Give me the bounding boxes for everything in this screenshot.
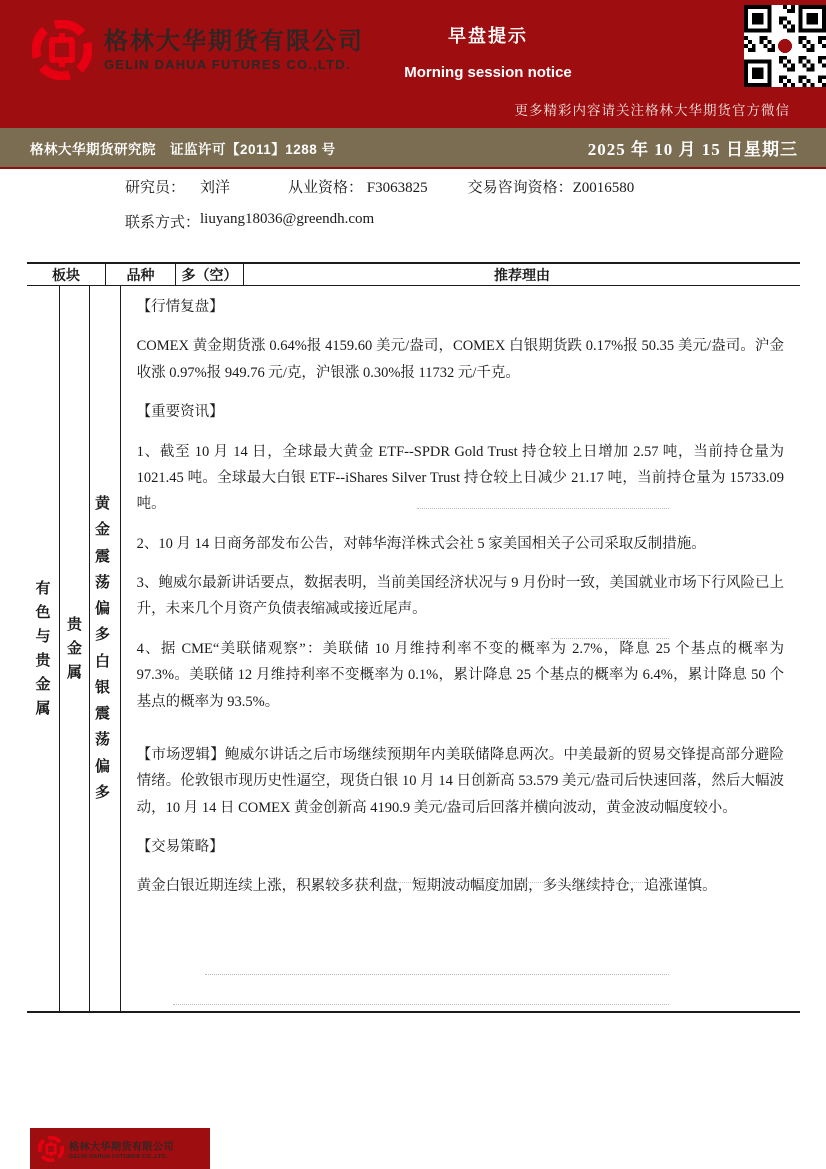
header-variety: 品种 — [105, 264, 175, 285]
footer-logo-icon — [38, 1136, 64, 1162]
header-sector: 板块 — [27, 264, 105, 285]
researcher-name: 研究员： 刘洋 — [125, 176, 230, 197]
license-date-bar: 格林大华期货研究院 证监许可【2011】1288 号 2025 年 10 月 1… — [0, 128, 826, 169]
position-item: 黄金震荡偏多 — [95, 491, 115, 649]
title-en: Morning session notice — [398, 64, 578, 81]
position-item: 白银震荡偏多 — [95, 649, 115, 807]
recommendation-table: 板块 品种 多（空） 推荐理由 有色与贵金属 贵金属 黄金震荡偏多白银震荡偏多 … — [27, 262, 800, 1013]
header-reason: 推荐理由 — [243, 264, 800, 285]
dotted-separator — [551, 638, 669, 639]
reason-paragraph: 3、鲍威尔最新讲话要点，数据表明，当前美国经济状况与 9 月份时一致，美国就业市… — [137, 570, 784, 623]
company-logo: 格林大华期货有限公司 GELIN DAHUA FUTURES CO.,LTD. — [32, 20, 364, 80]
reason-cell: 【行情复盘】COMEX 黄金期货涨 0.64%报 4159.60 美元/盎司，C… — [120, 286, 800, 1011]
contact-line: 联系方式： liuyang18036@greendh.com — [125, 211, 634, 232]
wechat-qr-code-icon — [744, 5, 826, 87]
practice-qualification: 从业资格： F3063825 — [288, 176, 428, 197]
researcher-info: 研究员： 刘洋 从业资格： F3063825 交易咨询资格：Z0016580 联… — [125, 176, 634, 232]
researcher-line: 研究员： 刘洋 从业资格： F3063825 交易咨询资格：Z0016580 — [125, 176, 634, 197]
reason-paragraph: 黄金白银近期连续上涨，积累较多获利盘，短期波动幅度加剧，多头继续持仓，追涨谨慎。 — [137, 873, 784, 899]
top-banner: 格林大华期货有限公司 GELIN DAHUA FUTURES CO.,LTD. … — [0, 0, 826, 128]
company-name-en: GELIN DAHUA FUTURES CO.,LTD. — [104, 57, 364, 72]
dotted-separator — [205, 974, 669, 975]
reason-paragraph: 【市场逻辑】鲍威尔讲话之后市场继续预期年内美联储降息两次。中美最新的贸易交锋提高… — [137, 742, 784, 821]
table-header-row: 板块 品种 多（空） 推荐理由 — [27, 264, 800, 286]
footer-company-cn: 格林大华期货有限公司 — [69, 1138, 174, 1153]
contact-label: 联系方式： — [125, 211, 200, 232]
dotted-separator — [173, 1004, 669, 1005]
reason-paragraph: 2、10 月 14 日商务部发布公告，对韩华海洋株式会社 5 家美国相关子公司采… — [137, 531, 784, 557]
table-row: 有色与贵金属 贵金属 黄金震荡偏多白银震荡偏多 【行情复盘】COMEX 黄金期货… — [27, 286, 800, 1011]
header-position: 多（空） — [175, 264, 243, 285]
company-name-cn: 格林大华期货有限公司 — [104, 28, 364, 56]
position-cell: 黄金震荡偏多白银震荡偏多 — [89, 286, 120, 1011]
dotted-separator — [397, 882, 669, 883]
dotted-separator — [417, 508, 669, 509]
reason-paragraph: 1、截至 10 月 14 日，全球最大黄金 ETF--SPDR Gold Tru… — [137, 439, 784, 518]
title-cn: 早盘提示 — [398, 22, 578, 48]
wechat-note: 更多精彩内容请关注格林大华期货官方微信 — [515, 99, 791, 119]
report-date: 2025 年 10 月 15 日星期三 — [588, 135, 798, 160]
footer-brand: 格林大华期货有限公司 GELIN DAHUA FUTURES CO.,LTD. — [30, 1128, 210, 1169]
reason-paragraph: 【重要资讯】 — [137, 399, 784, 425]
reason-paragraph: 【行情复盘】 — [137, 294, 784, 320]
advisory-qualification: 交易咨询资格：Z0016580 — [468, 176, 635, 197]
institute-license: 格林大华期货研究院 证监许可【2011】1288 号 — [30, 138, 336, 158]
reason-paragraph: 4、据 CME“美联储观察”：美联储 10 月维持利率不变的概率为 2.7%，降… — [137, 636, 784, 715]
reason-paragraph: 【交易策略】 — [137, 834, 784, 860]
footer-company-en: GELIN DAHUA FUTURES CO.,LTD. — [69, 1154, 174, 1160]
contact-email: liuyang18036@greendh.com — [200, 211, 374, 232]
variety-cell: 贵金属 — [59, 286, 89, 1011]
reason-paragraph: COMEX 黄金期货涨 0.64%报 4159.60 美元/盎司，COMEX 白… — [137, 333, 784, 386]
document-title: 早盘提示 Morning session notice — [398, 22, 578, 81]
sector-cell: 有色与贵金属 — [27, 286, 59, 1011]
company-logo-icon — [32, 20, 92, 80]
